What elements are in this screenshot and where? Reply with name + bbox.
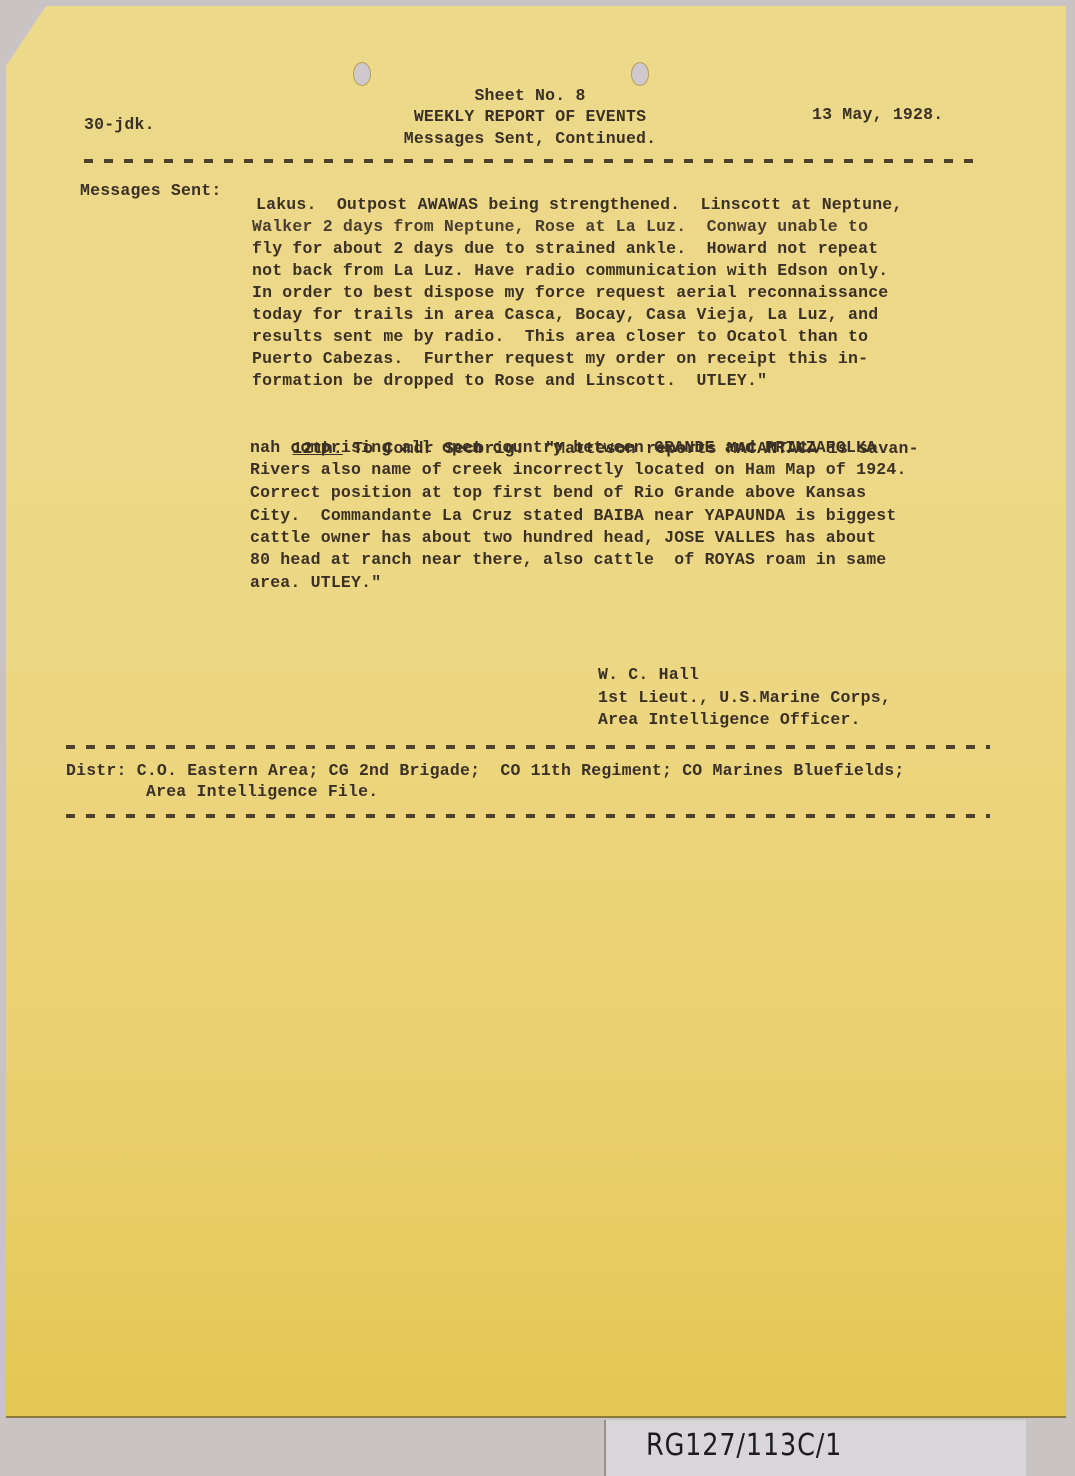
distribution-line: Distr: C.O. Eastern Area; CG 2nd Brigade… <box>66 760 904 783</box>
punch-hole-right <box>631 62 649 86</box>
divider-bottom <box>66 814 990 818</box>
section-label: Messages Sent: <box>80 180 221 203</box>
message-line: area. UTLEY." <box>250 572 381 595</box>
signature-title: Area Intelligence Officer. <box>598 709 861 732</box>
message-line: City. Commandante La Cruz stated BAIBA n… <box>250 505 897 528</box>
message-line: 80 head at ranch near there, also cattle… <box>250 549 886 572</box>
file-code: 30-jdk. <box>84 114 155 137</box>
message-line: Rivers also name of creek incorrectly lo… <box>250 459 907 482</box>
archive-reference: RG127/113C/1 <box>646 1428 842 1463</box>
report-subtitle: Messages Sent, Continued. <box>340 128 720 151</box>
message-line: cattle owner has about two hundred head,… <box>250 527 876 550</box>
message-line: In order to best dispose my force reques… <box>252 282 888 305</box>
divider-middle <box>66 745 990 749</box>
report-title: WEEKLY REPORT OF EVENTS <box>360 106 700 129</box>
message-line: Lakus. Outpost AWAWAS being strengthened… <box>256 194 903 217</box>
sheet-number: Sheet No. 8 <box>360 85 700 108</box>
message-line: fly for about 2 days due to strained ank… <box>252 238 878 261</box>
archive-label-card: RG127/113C/1 <box>604 1420 1026 1476</box>
message-line: results sent me by radio. This area clos… <box>252 326 868 349</box>
distribution-line: Area Intelligence File. <box>146 781 378 804</box>
signature-name: W. C. Hall <box>598 664 699 687</box>
message-line: today for trails in area Casca, Bocay, C… <box>252 304 878 327</box>
punch-hole-left <box>353 62 371 86</box>
report-date: 13 May, 1928. <box>812 104 943 127</box>
message-line: Correct position at top first bend of Ri… <box>250 482 866 505</box>
message-line: nah comprising all open country between … <box>250 437 876 460</box>
divider-top <box>84 159 984 163</box>
message-line: not back from La Luz. Have radio communi… <box>252 260 888 283</box>
message-line: Walker 2 days from Neptune, Rose at La L… <box>252 216 868 239</box>
signature-rank: 1st Lieut., U.S.Marine Corps, <box>598 687 891 710</box>
message-line: formation be dropped to Rose and Linscot… <box>252 370 767 393</box>
message-line: Puerto Cabezas. Further request my order… <box>252 348 868 371</box>
